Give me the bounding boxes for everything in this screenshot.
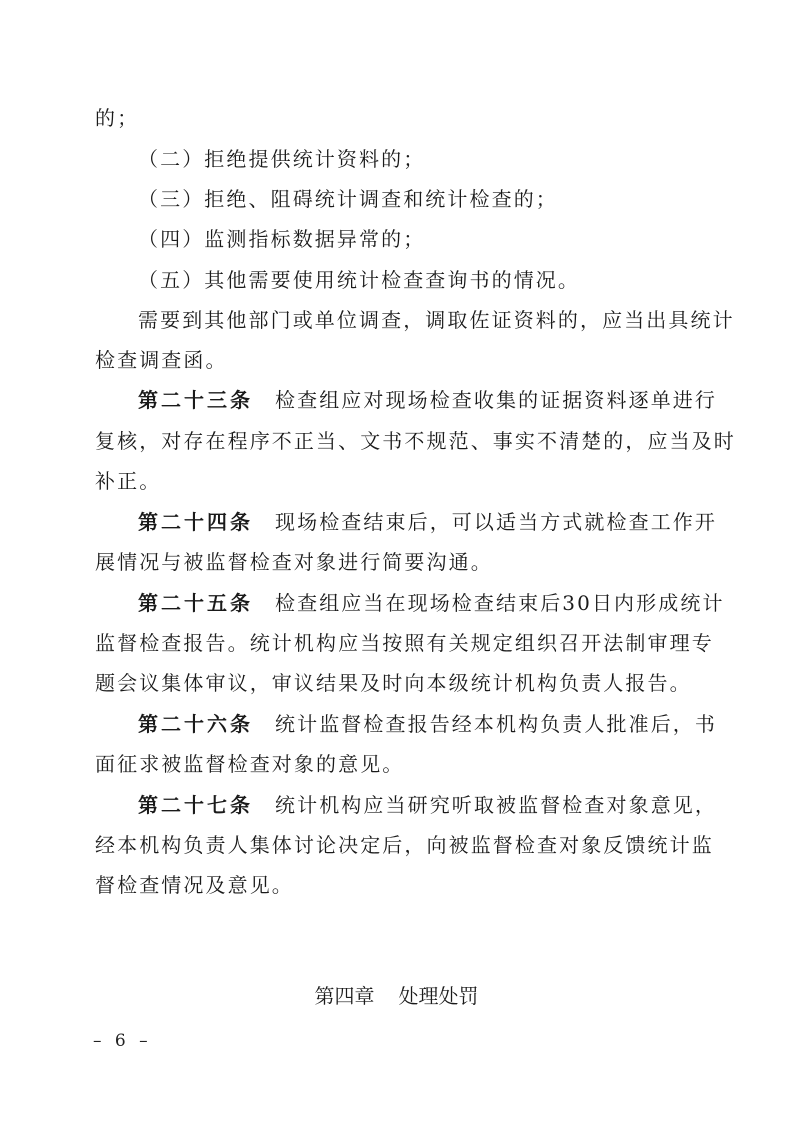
article-number: 第二十六条 [138, 712, 253, 736]
article-text: 现场检查结束后，可以适当方式就检查工作开 [275, 510, 717, 534]
article-27: 第二十七条统计机构应当研究听取被监督检查对象意见， [138, 793, 699, 817]
article-line: 经本机构负责人集体讨论决定后，向被监督检查对象反馈统计监 [95, 833, 699, 857]
article-number: 第二十七条 [138, 793, 253, 817]
article-text: 统计监督检查报告经本机构负责人批准后，书 [275, 712, 717, 736]
article-line: 展情况与被监督检查对象进行简要沟通。 [95, 550, 699, 574]
list-item-5: （五）其他需要使用统计检查查询书的情况。 [138, 268, 699, 292]
article-line: 复核，对存在程序不正当、文书不规范、事实不清楚的，应当及时 [95, 429, 699, 453]
document-page: 的； （二）拒绝提供统计资料的； （三）拒绝、阻碍统计调查和统计检查的； （四）… [0, 0, 793, 1122]
article-text: 统计机构应当研究听取被监督检查对象意见， [275, 793, 717, 817]
paragraph-line: 检查调查函。 [95, 348, 699, 372]
list-item-2: （二）拒绝提供统计资料的； [138, 147, 699, 171]
article-number: 第二十四条 [138, 510, 253, 534]
article-number: 第二十三条 [138, 388, 253, 412]
article-line: 督检查情况及意见。 [95, 873, 699, 897]
chapter-number: 第四章 [315, 984, 375, 1008]
paragraph-line: 需要到其他部门或单位调查，调取佐证资料的，应当出具统计 [138, 308, 699, 332]
article-line: 面征求被监督检查对象的意见。 [95, 752, 699, 776]
article-line: 补正。 [95, 469, 699, 493]
article-line: 题会议集体审议，审议结果及时向本级统计机构负责人报告。 [95, 671, 699, 695]
chapter-heading: 第四章处理处罚 [0, 984, 793, 1008]
text-line: 的； [95, 106, 699, 130]
article-text: 检查组应当在现场检查结束后30日内形成统计 [275, 591, 725, 615]
article-24: 第二十四条现场检查结束后，可以适当方式就检查工作开 [138, 510, 699, 534]
article-number: 第二十五条 [138, 591, 253, 615]
article-line: 监督检查报告。统计机构应当按照有关规定组织召开法制审理专 [95, 631, 699, 655]
page-number: – 6 – [93, 1031, 152, 1051]
article-23: 第二十三条检查组应对现场检查收集的证据资料逐单进行 [138, 388, 699, 412]
chapter-title: 处理处罚 [399, 984, 479, 1008]
list-item-3: （三）拒绝、阻碍统计调查和统计检查的； [138, 187, 699, 211]
article-text: 检查组应对现场检查收集的证据资料逐单进行 [275, 388, 717, 412]
list-item-4: （四）监测指标数据异常的； [138, 227, 699, 251]
article-25: 第二十五条检查组应当在现场检查结束后30日内形成统计 [138, 591, 699, 615]
article-26: 第二十六条统计监督检查报告经本机构负责人批准后，书 [138, 712, 699, 736]
